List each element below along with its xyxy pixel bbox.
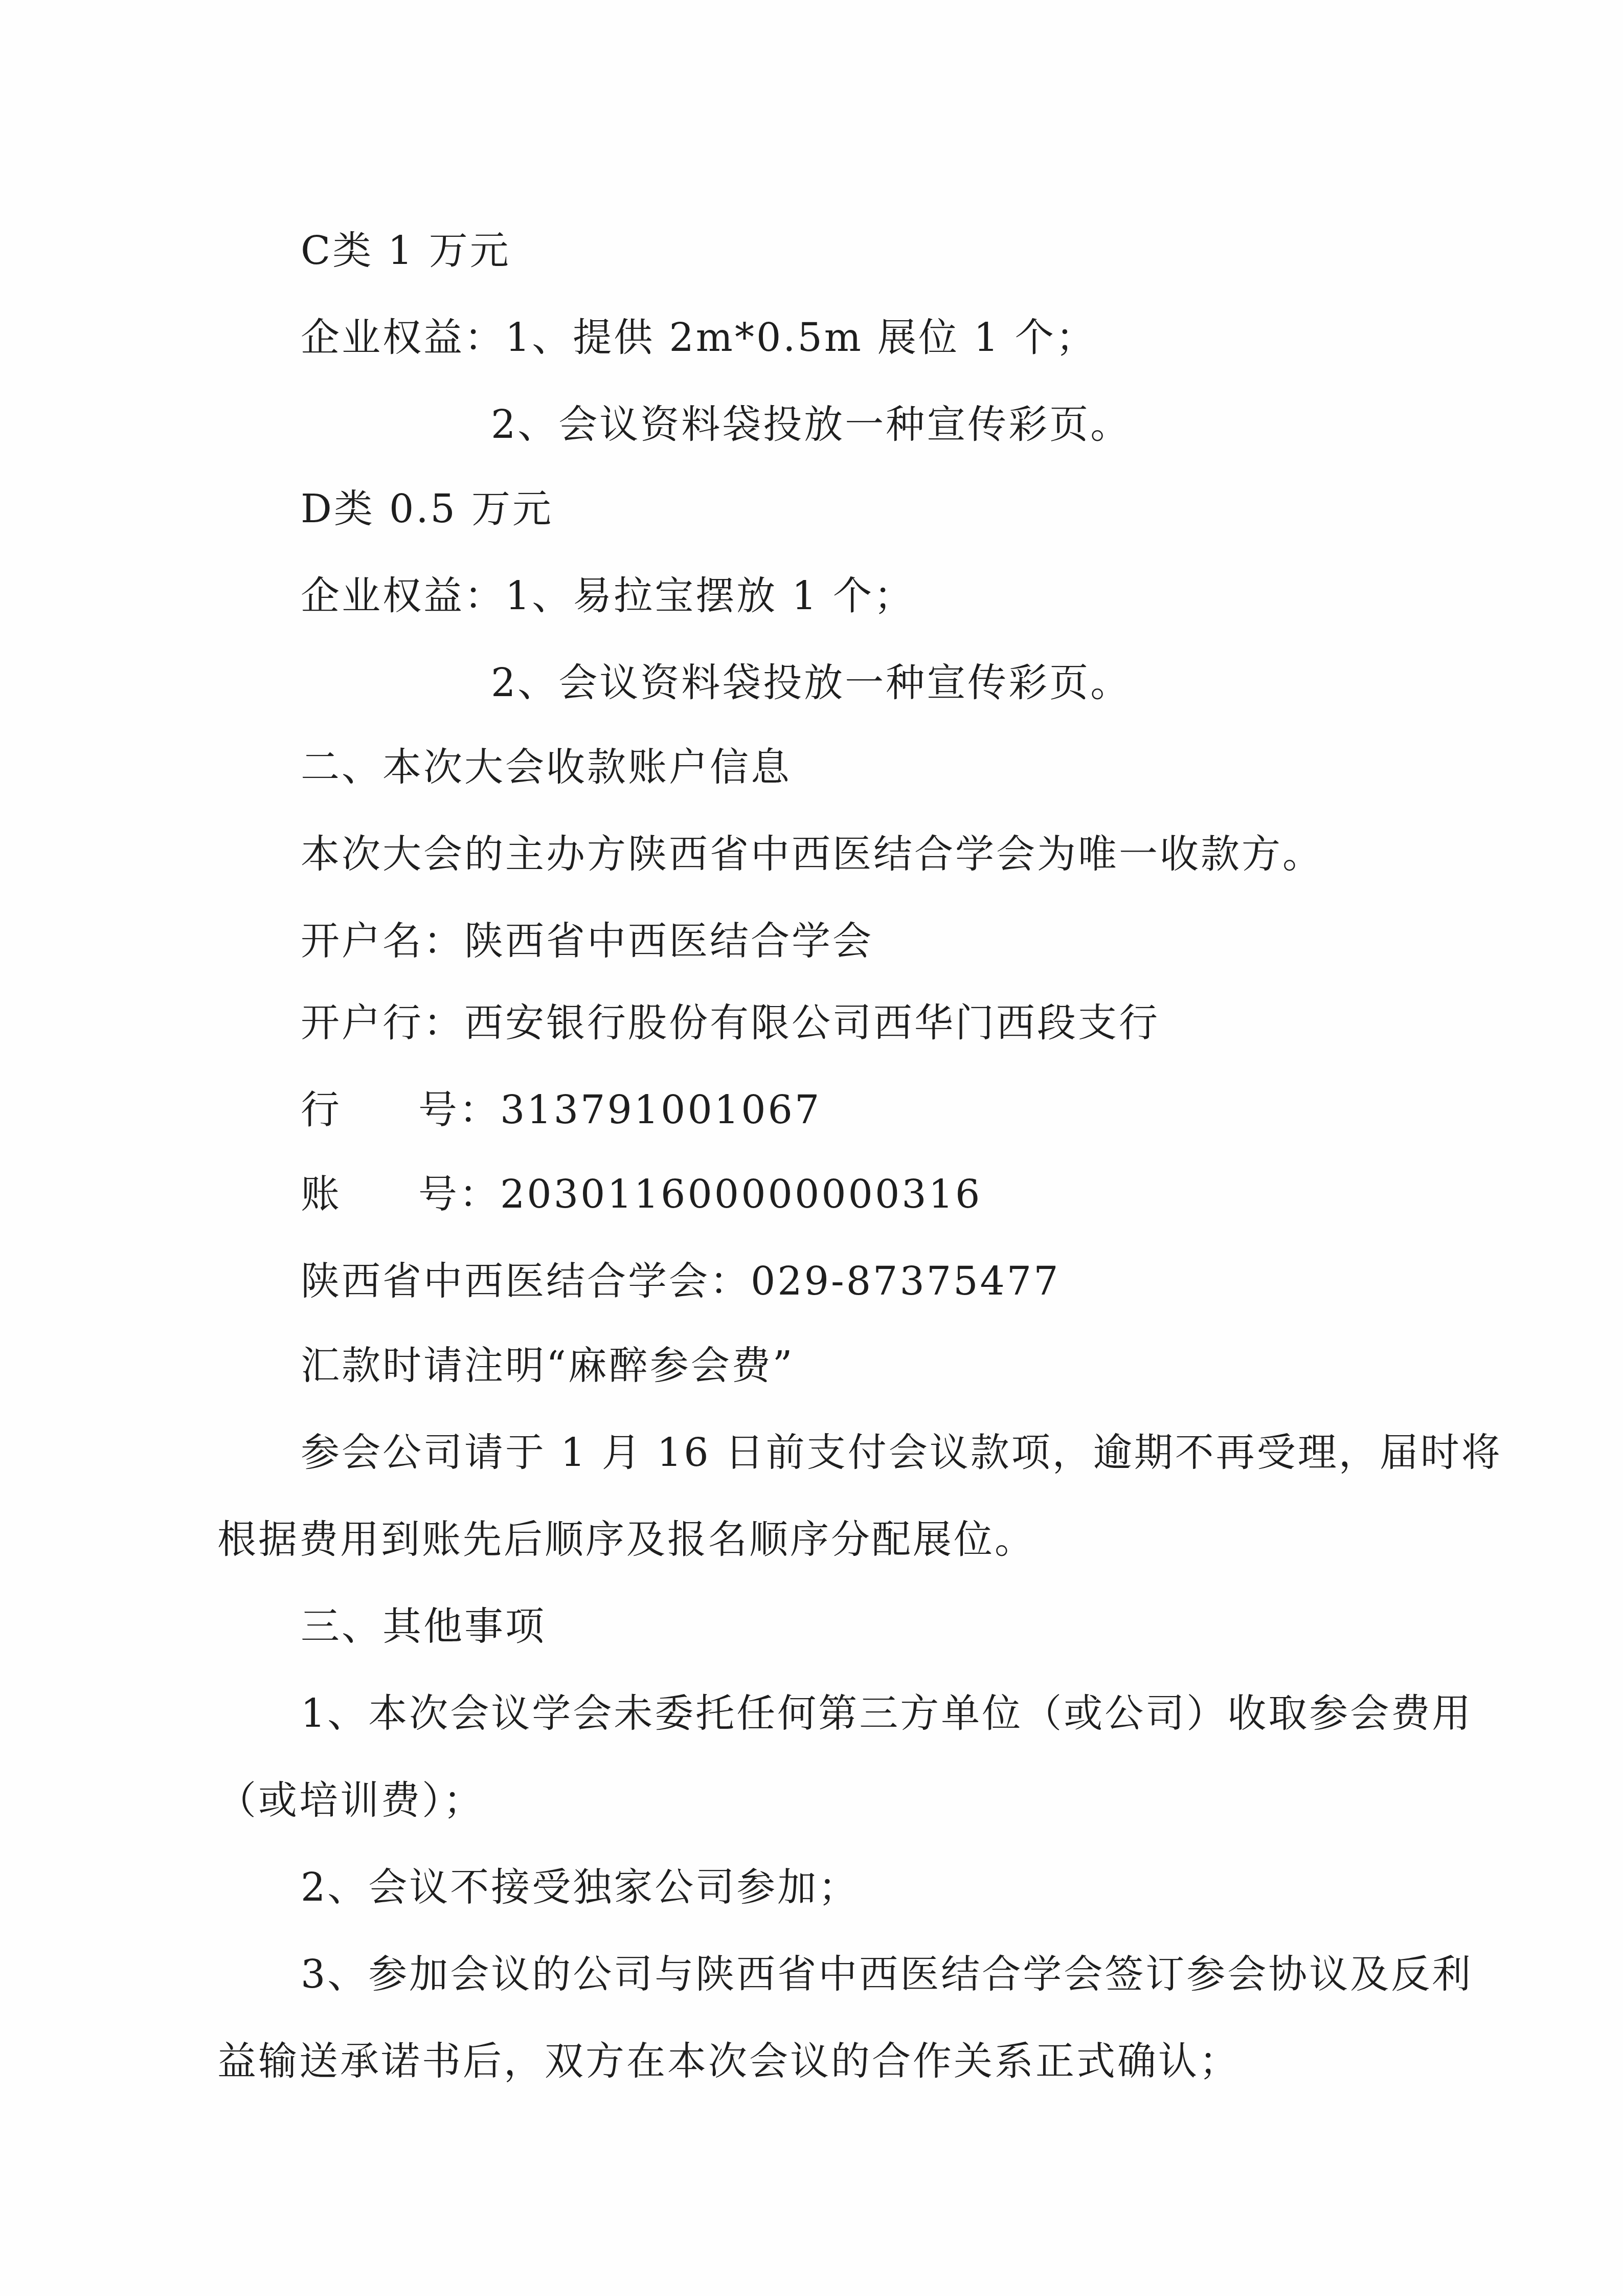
contact-phone: 029-87375477 — [751, 1258, 1061, 1304]
account-number-label: 账 — [301, 1171, 342, 1217]
tier-d-benefit-2: 2、会议资料袋投放一种宣传彩页。 — [491, 658, 1131, 707]
contact-label: 陕西省中西医结合学会： — [301, 1258, 751, 1304]
tier-d-benefit-1: 企业权益：1、易拉宝摆放 1 个； — [301, 571, 915, 620]
other-item-1-line-2: （或培训费）； — [217, 1776, 484, 1825]
bank-value: 西安银行股份有限公司西华门西段支行 — [464, 1000, 1160, 1045]
bank-code-label: 行 — [301, 1087, 342, 1132]
tier-d-heading: D类 0.5 万元 — [301, 484, 553, 533]
account-number-row: 账号：203011600000000316 — [301, 1170, 982, 1219]
other-item-2: 2、会议不接受独家公司参加； — [301, 1863, 859, 1912]
bank-code-label-2: 号： — [418, 1087, 500, 1132]
sole-payee-note: 本次大会的主办方陕西省中西医结合学会为唯一收款方。 — [301, 830, 1323, 879]
section-3-title: 三、其他事项 — [301, 1602, 546, 1651]
bank-label: 开户行： — [301, 1000, 464, 1045]
tier-c-benefit-2: 2、会议资料袋投放一种宣传彩页。 — [491, 400, 1131, 449]
other-item-1-line-1: 1、本次会议学会未委托任何第三方单位（或公司）收取参会费用 — [301, 1689, 1473, 1738]
account-name-row: 开户名：陕西省中西医结合学会 — [301, 917, 873, 966]
benefit-text: 1、提供 2m*0.5m 展位 1 个； — [505, 315, 1097, 360]
bank-code-value: 313791001067 — [500, 1087, 821, 1132]
benefits-label: 企业权益： — [301, 573, 505, 618]
benefit-text: 1、易拉宝摆放 1 个； — [505, 573, 915, 618]
payment-deadline-line-2: 根据费用到账先后顺序及报名顺序分配展位。 — [217, 1515, 1035, 1564]
remittance-note: 汇款时请注明“麻醉参会费” — [301, 1341, 795, 1390]
other-item-3-line-2: 益输送承诺书后，双方在本次会议的合作关系正式确认； — [217, 2037, 1240, 2086]
account-number-label-2: 号： — [418, 1171, 500, 1217]
section-2-title: 二、本次大会收款账户信息 — [301, 743, 792, 792]
payment-deadline-line-1: 参会公司请于 1 月 16 日前支付会议款项，逾期不再受理，届时将 — [301, 1428, 1502, 1477]
document-page: C类 1 万元 企业权益：1、提供 2m*0.5m 展位 1 个； 2、会议资料… — [0, 0, 1623, 2296]
benefits-label: 企业权益： — [301, 315, 505, 360]
bank-row: 开户行：西安银行股份有限公司西华门西段支行 — [301, 998, 1160, 1047]
tier-c-benefit-1: 企业权益：1、提供 2m*0.5m 展位 1 个； — [301, 313, 1097, 362]
tier-c-heading: C类 1 万元 — [301, 226, 511, 275]
other-item-3-line-1: 3、参加会议的公司与陕西省中西医结合学会签订参会协议及反利 — [301, 1950, 1473, 1999]
account-name-value: 陕西省中西医结合学会 — [464, 918, 873, 964]
account-name-label: 开户名： — [301, 918, 464, 964]
contact-row: 陕西省中西医结合学会：029-87375477 — [301, 1257, 1061, 1306]
account-number-value: 203011600000000316 — [500, 1171, 982, 1217]
bank-code-row: 行号：313791001067 — [301, 1085, 821, 1134]
